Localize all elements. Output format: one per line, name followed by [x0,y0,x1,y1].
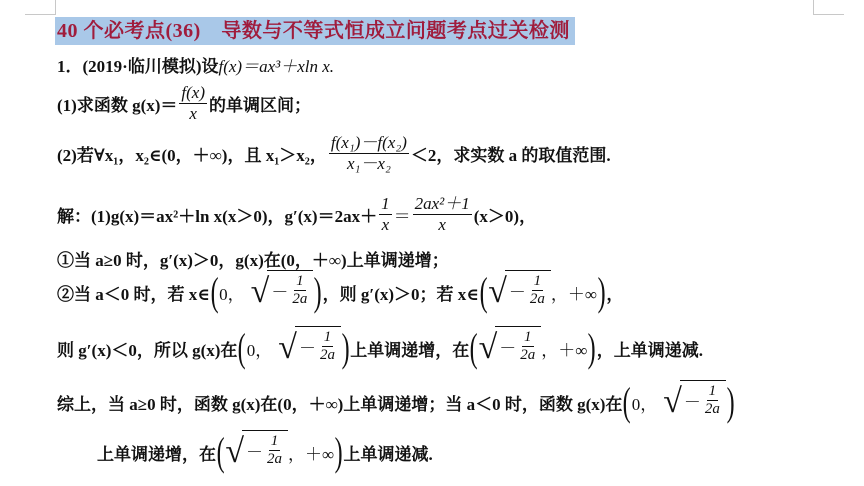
frac-denominator: 2a [518,347,537,364]
stem-prefix: 1．(2019·临川模拟)设 [57,52,219,77]
frac-denominator: x [380,215,392,235]
frac-numerator: f(x₁)－f(x₂) [329,133,409,154]
case-a-neg-text: ②当 a＜0 时，若 x∈ [57,280,210,305]
left-paren: ( [217,432,225,472]
right-paren: ) [588,328,596,368]
sqrt-expression: √ － 1 2a [479,330,542,366]
frac-numerator: 1 [294,273,306,291]
decreasing-text: 则 g′(x)＜0，所以 g(x)在 [57,336,237,361]
summary-increasing: 上单调递增，在 [97,440,216,465]
comma: ， [606,280,623,305]
sqrt-expression: √ － 1 2a [663,384,726,420]
frac-numerator: 1 [522,329,534,347]
frac-numerator: 1 [532,273,544,291]
solution-line-3: ②当 a＜0 时，若 x∈ ( 0， √ － 1 2a ) ，则 g′(x)＞0… [57,272,623,312]
frac-denominator: 2a [528,291,547,308]
section-title: 40 个必考点(36) 导数与不等式恒成立问题考点过关检测 [55,17,575,45]
frac-numerator: 1 [322,329,334,347]
frac-denominator: 2a [265,451,284,468]
right-paren: ) [335,432,343,472]
right-paren: ) [342,328,350,368]
page-corner-mark-left [25,0,56,15]
domain-note: (x＞0)， [474,202,536,227]
part2-prefix: (2)若∀x₁，x₂∈(0，＋∞)，且 x₁＞x₂， [57,141,327,166]
frac-denominator: 2a [318,347,337,364]
fraction-1-over-2a: 1 2a [265,433,284,468]
fraction-1-over-2a: 1 2a [528,273,547,308]
left-paren: ( [211,272,219,312]
frac-denominator: x₁－x₂ [345,154,393,174]
problem-stem: 1．(2019·临川模拟)设 f(x)＝ax³＋xln x. [57,52,334,77]
frac-numerator: f(x) [179,83,207,104]
stem-formula: f(x)＝ax³＋xln x. [219,52,335,77]
fraction-1-over-2a: 1 2a [318,329,337,364]
left-paren: ( [470,328,478,368]
solution-line-1: 解：(1)g(x)＝ax²＋ln x(x＞0)，g′(x)＝2ax＋ 1 x ＝… [57,194,536,235]
right-paren: ) [727,382,735,422]
summary-text: 综上，当 a≥0 时，函数 g(x)在(0，＋∞)上单调递增；当 a＜0 时，函… [57,390,622,415]
fraction-difference-quotient: f(x₁)－f(x₂) x₁－x₂ [329,133,409,174]
solution-line1-text: 解：(1)g(x)＝ax²＋ln x(x＞0)，g′(x)＝2ax＋ [57,202,377,227]
part1-suffix: 的单调区间； [209,91,311,116]
interval-end: ，＋∞ [551,280,597,305]
fraction-fx-over-x: f(x) x [179,83,207,124]
minus-sign: － [246,438,263,463]
left-paren: ( [623,382,631,422]
increasing-text: 上单调递增，在 [350,336,469,361]
sqrt-expression: √ － 1 2a [278,330,341,366]
problem-part-2: (2)若∀x₁，x₂∈(0，＋∞)，且 x₁＞x₂， f(x₁)－f(x₂) x… [57,133,611,174]
sqrt-expression: √ － 1 2a [225,434,288,470]
left-paren: ( [480,272,488,312]
interval-start: 0， [247,336,273,361]
frac-denominator: 2a [703,401,722,418]
interval-end: ，＋∞ [288,440,334,465]
fraction-1-over-2a: 1 2a [518,329,537,364]
minus-sign: － [499,334,516,359]
decreasing-suffix: ，上单调递减. [597,336,703,361]
frac-numerator: 2ax²＋1 [413,194,472,215]
interval-start: 0， [632,390,658,415]
solution-line-5: 综上，当 a≥0 时，函数 g(x)在(0，＋∞)上单调递增；当 a＜0 时，函… [57,382,735,422]
frac-numerator: 1 [269,433,281,451]
interval-end: ，＋∞ [541,336,587,361]
sqrt-expression: √ － 1 2a [488,274,551,310]
minus-sign: － [509,278,526,303]
minus-sign: － [299,334,316,359]
sqrt-expression: √ － 1 2a [251,274,314,310]
solution-line-2: ①当 a≥0 时，g′(x)＞0，g(x)在(0，＋∞)上单调递增； [57,246,449,271]
frac-denominator: x [436,215,448,235]
part1-prefix: (1)求函数 g(x)＝ [57,91,177,116]
frac-denominator: 2a [290,291,309,308]
case-a-neg-text-2: ，则 g′(x)＞0；若 x∈ [323,280,479,305]
minus-sign: － [684,388,701,413]
fraction-1-over-2a: 1 2a [290,273,309,308]
equals-sign: ＝ [394,202,411,227]
case-a-nonneg: ①当 a≥0 时，g′(x)＞0，g(x)在(0，＋∞)上单调递增； [57,246,449,271]
frac-numerator: 1 [379,194,392,215]
solution-line-4: 则 g′(x)＜0，所以 g(x)在 ( 0， √ － 1 2a ) 上单调递增… [57,328,703,368]
fraction-1-over-2a: 1 2a [703,383,722,418]
summary-decreasing: 上单调递减. [343,440,432,465]
left-paren: ( [238,328,246,368]
fraction-derivative: 2ax²＋1 x [413,194,472,235]
part2-suffix: ＜2，求实数 a 的取值范围. [411,141,611,166]
frac-denominator: x [187,104,199,124]
problem-part-1: (1)求函数 g(x)＝ f(x) x 的单调区间； [57,83,311,124]
frac-numerator: 1 [707,383,719,401]
solution-line-6: 上单调递增，在 ( √ － 1 2a ，＋∞ ) 上单调递减. [97,432,433,472]
right-paren: ) [598,272,606,312]
page-corner-mark-right [813,0,844,15]
interval-start: 0， [219,280,245,305]
right-paren: ) [314,272,322,312]
fraction-1-over-x: 1 x [379,194,392,235]
minus-sign: － [271,278,288,303]
